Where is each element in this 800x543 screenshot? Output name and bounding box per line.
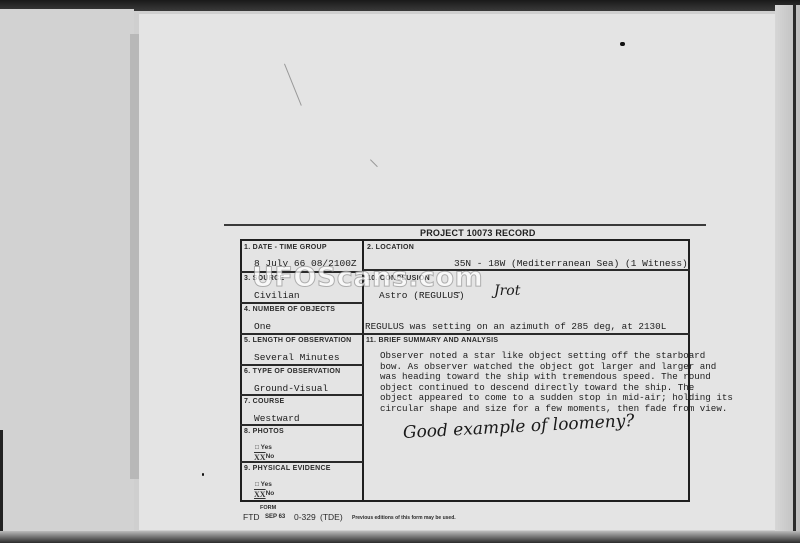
footer-dept: (TDE)	[320, 512, 343, 522]
ink-speck	[202, 473, 204, 476]
form-title: PROJECT 10073 RECORD	[420, 228, 536, 238]
type-of-observation-value: Ground-Visual	[254, 383, 328, 394]
photos-label: 8. PHOTOS	[244, 428, 284, 435]
title-rule	[224, 224, 706, 226]
physical-evidence-no-option: XXNo	[254, 490, 274, 499]
summary-label: 11. BRIEF SUMMARY AND ANALYSIS	[366, 337, 498, 344]
footer-form-label: FORM	[260, 505, 276, 511]
summary-text: Observer noted a star like object settin…	[380, 351, 700, 415]
scan-right-edge	[775, 5, 800, 543]
row-divider	[240, 333, 363, 335]
footer-date-code: SEP 63	[265, 514, 285, 520]
location-label: 2. LOCATION	[367, 244, 414, 251]
row-divider	[363, 333, 690, 335]
row-divider	[240, 302, 363, 304]
photos-yes-option: □ Yes	[255, 444, 272, 451]
date-time-label: 1. DATE - TIME GROUP	[244, 244, 327, 251]
physical-evidence-yes-option: □ Yes	[255, 481, 272, 488]
row-divider	[240, 364, 363, 366]
checked-mark-icon: XX	[254, 453, 266, 462]
photos-no-option: XXNo	[254, 453, 274, 462]
handwritten-initials: Jrot	[494, 283, 520, 299]
checked-mark-icon: XX	[254, 490, 266, 499]
checkbox-icon: □	[255, 481, 259, 488]
number-of-objects-label: 4. NUMBER OF OBJECTS	[244, 306, 335, 313]
footer-form-number: 0-329	[294, 512, 316, 522]
physical-evidence-label: 9. PHYSICAL EVIDENCE	[244, 465, 331, 472]
conclusion-remark: REGULUS was setting on an azimuth of 285…	[365, 321, 666, 332]
length-of-observation-label: 5. LENGTH OF OBSERVATION	[244, 337, 352, 344]
row-divider	[240, 394, 363, 396]
scan-left-edge	[0, 430, 3, 543]
type-of-observation-label: 6. TYPE OF OBSERVATION	[244, 368, 340, 375]
course-value: Westward	[254, 413, 300, 424]
length-of-observation-value: Several Minutes	[254, 352, 340, 363]
location-value: 35N - 18W (Mediterranean Sea) (1 Witness…	[454, 258, 688, 269]
footer-org: FTD	[243, 512, 260, 522]
watermark: UFOScans.com	[252, 262, 483, 293]
ink-speck	[620, 42, 625, 46]
course-label: 7. COURSE	[244, 398, 284, 405]
scan-left-strip	[0, 9, 134, 543]
number-of-objects-value: One	[254, 321, 271, 332]
scan-bottom-edge	[0, 531, 800, 543]
row-divider	[240, 424, 363, 426]
checkbox-icon: □	[255, 444, 259, 451]
footer-notice: Previous editions of this form may be us…	[352, 515, 456, 521]
